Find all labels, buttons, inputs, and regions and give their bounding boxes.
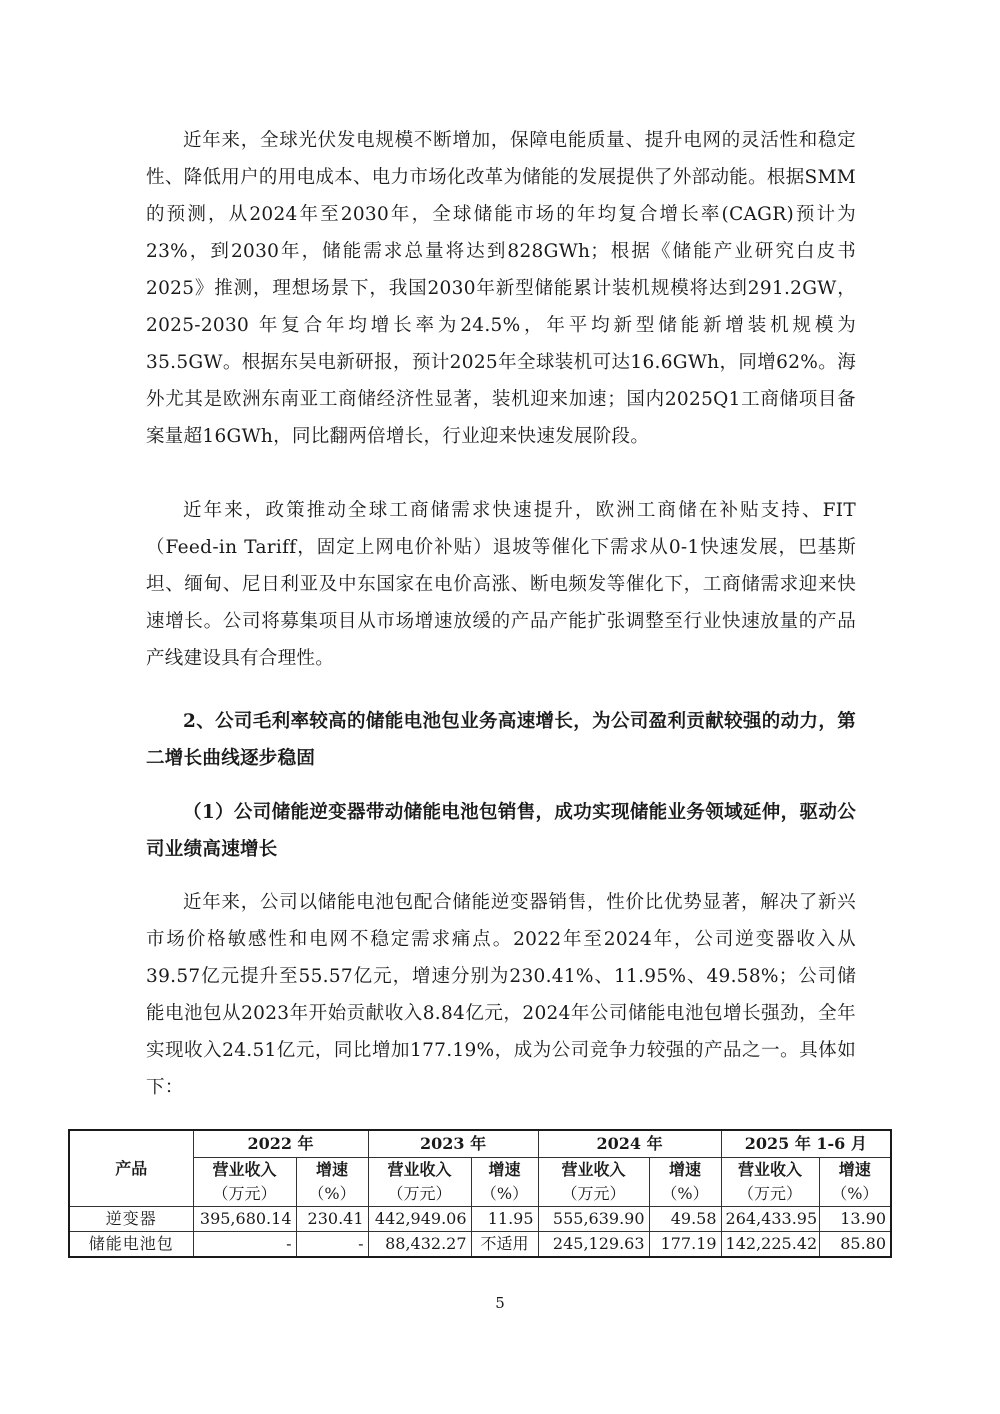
growth-header: 增速（%）: [819, 1158, 891, 1207]
growth-value: 230.41: [296, 1207, 368, 1232]
revenue-header: 营业收入（万元）: [368, 1158, 471, 1207]
period-header-2023: 2023 年: [368, 1130, 538, 1158]
growth-value: -: [296, 1232, 368, 1258]
table-row: 逆变器 395,680.14 230.41 442,949.06 11.95 5…: [69, 1207, 891, 1232]
growth-value: 不适用: [471, 1232, 538, 1258]
revenue-value: 442,949.06: [368, 1207, 471, 1232]
page-number: 5: [0, 1294, 1000, 1312]
product-name: 储能电池包: [69, 1232, 193, 1258]
product-column-header: 产品: [69, 1130, 193, 1207]
growth-value: 49.58: [649, 1207, 721, 1232]
revenue-table: 产品 2022 年 2023 年 2024 年 2025 年 1-6 月 营业收…: [68, 1129, 892, 1258]
table-header-metric-row: 营业收入（万元） 增速（%） 营业收入（万元） 增速（%） 营业收入（万元） 增…: [69, 1158, 891, 1207]
period-header-2022: 2022 年: [193, 1130, 368, 1158]
revenue-header: 营业收入（万元）: [721, 1158, 819, 1207]
growth-header: 增速（%）: [471, 1158, 538, 1207]
paragraph-revenue-growth: 近年来，公司以储能电池包配合储能逆变器销售，性价比优势显著，解决了新兴市场价格敏…: [146, 884, 856, 1106]
growth-value: 11.95: [471, 1207, 538, 1232]
paragraph-storage-market-outlook: 近年来，全球光伏发电规模不断增加，保障电能质量、提升电网的灵活性和稳定性、降低用…: [146, 122, 856, 455]
subsection-heading-2-1: （1）公司储能逆变器带动储能电池包销售，成功实现储能业务领域延伸，驱动公司业绩高…: [146, 794, 856, 868]
product-name: 逆变器: [69, 1207, 193, 1232]
revenue-value: 142,225.42: [721, 1232, 819, 1258]
growth-value: 13.90: [819, 1207, 891, 1232]
table-row: 储能电池包 - - 88,432.27 不适用 245,129.63 177.1…: [69, 1232, 891, 1258]
table-header-period-row: 产品 2022 年 2023 年 2024 年 2025 年 1-6 月: [69, 1130, 891, 1158]
revenue-value: 264,433.95: [721, 1207, 819, 1232]
growth-header: 增速（%）: [296, 1158, 368, 1207]
period-header-2025h1: 2025 年 1-6 月: [721, 1130, 891, 1158]
revenue-header: 营业收入（万元）: [538, 1158, 649, 1207]
growth-value: 85.80: [819, 1232, 891, 1258]
revenue-value: 555,639.90: [538, 1207, 649, 1232]
section-heading-2: 2、公司毛利率较高的储能电池包业务高速增长，为公司盈利贡献较强的动力，第二增长曲…: [146, 703, 856, 777]
revenue-value: -: [193, 1232, 296, 1258]
revenue-header: 营业收入（万元）: [193, 1158, 296, 1207]
period-header-2024: 2024 年: [538, 1130, 721, 1158]
growth-header: 增速（%）: [649, 1158, 721, 1207]
paragraph-commercial-storage-policy: 近年来，政策推动全球工商储需求快速提升，欧洲工商储在补贴支持、FIT（Feed-…: [146, 492, 856, 677]
document-page: 近年来，全球光伏发电规模不断增加，保障电能质量、提升电网的灵活性和稳定性、降低用…: [0, 0, 1000, 1414]
revenue-value: 245,129.63: [538, 1232, 649, 1258]
growth-value: 177.19: [649, 1232, 721, 1258]
revenue-value: 395,680.14: [193, 1207, 296, 1232]
revenue-value: 88,432.27: [368, 1232, 471, 1258]
